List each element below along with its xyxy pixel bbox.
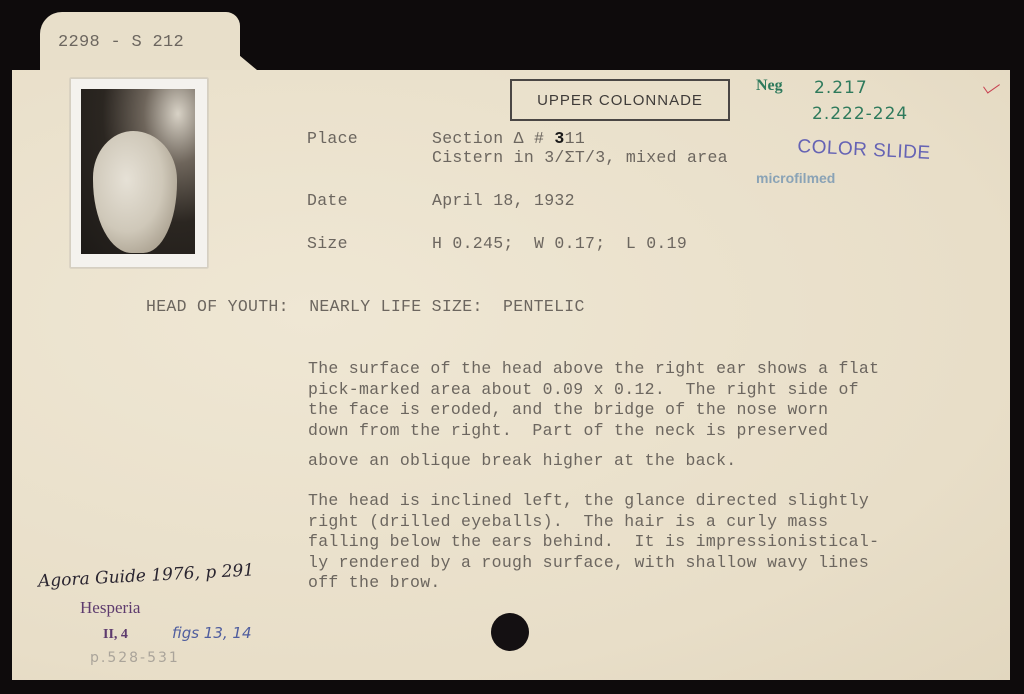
object-photo <box>70 78 208 268</box>
place-line-2: Cistern in 3/ΣT/3, mixed area <box>432 148 728 167</box>
catalog-number: 2298 - S 212 <box>58 33 184 52</box>
neg-label: Neg <box>756 77 783 95</box>
description-line: ly rendered by a rough surface, with sha… <box>308 553 879 574</box>
description-paragraph-2: The head is inclined left, the glance di… <box>308 491 879 594</box>
description-line: falling below the ears behind. It is imp… <box>308 532 879 553</box>
description-line: The surface of the head above the right … <box>308 359 879 380</box>
hesperia-volume: II, 4 <box>103 627 128 643</box>
place-section-prefix: Section Δ # <box>432 129 554 148</box>
place-line-1: Section Δ # 311 <box>432 129 585 148</box>
location-stamp: UPPER COLONNADE <box>510 79 730 121</box>
size-label: Size <box>307 234 348 253</box>
description-line: right (drilled eyeballs). The hair is a … <box>308 512 879 533</box>
neg-number-2: 2.222-224 <box>812 104 908 124</box>
description-line: down from the right. Part of the neck is… <box>308 421 879 442</box>
place-label: Place <box>307 129 358 148</box>
description-line: pick-marked area about 0.09 x 0.12. The … <box>308 380 879 401</box>
size-value: H 0.245; W 0.17; L 0.19 <box>432 234 687 253</box>
punch-hole <box>491 613 529 651</box>
place-section-bold-digit: 3 <box>554 129 564 148</box>
description-line: off the brow. <box>308 573 879 594</box>
hesperia-stamp: Hesperia <box>80 598 140 618</box>
neg-number-1: 2.217 <box>814 78 868 98</box>
description-paragraph-1: The surface of the head above the right … <box>308 359 879 472</box>
sculpture-head-image <box>93 131 177 253</box>
place-section-suffix: 11 <box>565 129 585 148</box>
pages-reference: p.528-531 <box>90 650 180 666</box>
description-line: the face is eroded, and the bridge of th… <box>308 400 879 421</box>
object-title: HEAD OF YOUTH: NEARLY LIFE SIZE: PENTELI… <box>146 297 585 316</box>
description-line: The head is inclined left, the glance di… <box>308 491 879 512</box>
date-label: Date <box>307 191 348 210</box>
description-line: above an oblique break higher at the bac… <box>308 451 879 472</box>
figures-reference: figs 13, 14 <box>172 624 252 642</box>
microfilmed-stamp: microfilmed <box>756 170 835 186</box>
photo-image <box>81 89 195 254</box>
date-value: April 18, 1932 <box>432 191 575 210</box>
